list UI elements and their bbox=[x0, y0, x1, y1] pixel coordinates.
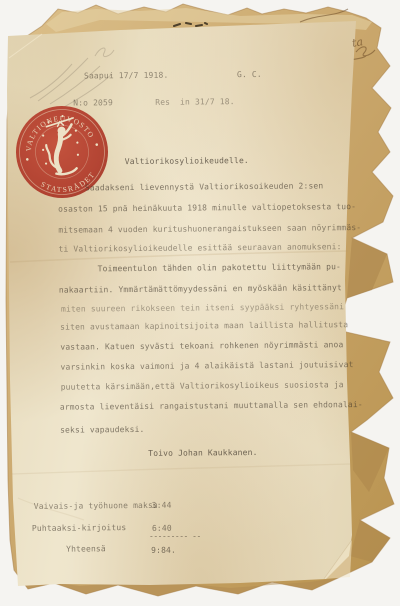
document-number: N:o 2059 bbox=[73, 98, 113, 108]
addressee-line: Valtiorikosylioikeudelle. bbox=[125, 156, 249, 167]
signature-line: Toivo Johan Kaukkanen. bbox=[148, 448, 257, 459]
body-line: Saadakseni lievennystä Valtiorikosoikeud… bbox=[85, 181, 323, 193]
body-line: ti Valtiorikosylioikeudelle esittää seur… bbox=[58, 242, 341, 254]
body-line: miten suureen rikokseen tein itseni syyp… bbox=[61, 302, 344, 314]
body-line: siten avustamaan kapinoitsijoita maan la… bbox=[60, 320, 348, 333]
fee-row-value: 3:44 bbox=[152, 501, 172, 511]
body-line: mitsemaan 4 vuoden kuritushuonerangaistu… bbox=[58, 223, 361, 236]
body-line: osaston 15 pnä heinäkuuta 1918 minulle v… bbox=[58, 202, 356, 215]
received-date: Saapui 17/7 1918. bbox=[84, 71, 169, 82]
body-line: Toimeentulon tähden olin pakotettu liitt… bbox=[98, 262, 341, 274]
document-photo: VALTIONEUVOSTO STATSRÅDET bbox=[0, 0, 400, 606]
body-line: varsinkin koska vaimoni ja 4 alaikäistä … bbox=[60, 360, 353, 373]
clerk-initials: G. C. bbox=[237, 70, 262, 80]
body-line: nakaartiin. Ymmärtämättömyydessäni en my… bbox=[59, 283, 342, 295]
fee-total-label: Yhteensä bbox=[66, 544, 106, 554]
margin-handwriting: ta bbox=[351, 35, 364, 50]
fee-row-label: Vaivais-ja työhuone maksu bbox=[34, 501, 158, 512]
fee-row-label: Puhtaaksi-kirjoitus bbox=[32, 523, 126, 534]
sum-rule: --------- -- bbox=[149, 531, 201, 541]
body-line: puutetta kärsimään,että Valtiorikosylioi… bbox=[61, 380, 344, 392]
fee-total-value: 9:84. bbox=[151, 546, 176, 556]
body-line: seksi vapaudeksi. bbox=[60, 425, 145, 436]
resolution-note: Res in 31/7 18. bbox=[155, 97, 235, 108]
body-line: armosta lieventäisi rangaistustani muutt… bbox=[60, 400, 363, 413]
body-line: vastaan. Katuen syvästi tekoani rohkenen… bbox=[60, 340, 343, 352]
typed-text-layer: Saapui 17/7 1918. G. C. N:o 2059 Res in … bbox=[0, 0, 400, 606]
